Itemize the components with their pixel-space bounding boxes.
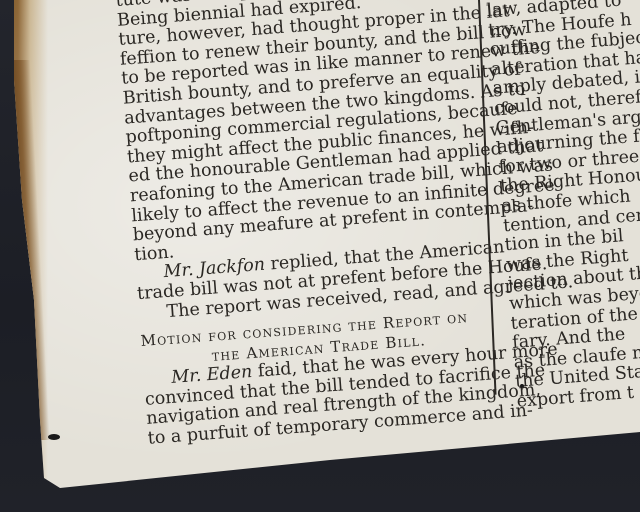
newspaper-page: tute was to expire... Being biennial had… (0, 0, 640, 512)
ink-speck (520, 384, 524, 388)
ink-blot (48, 434, 60, 440)
